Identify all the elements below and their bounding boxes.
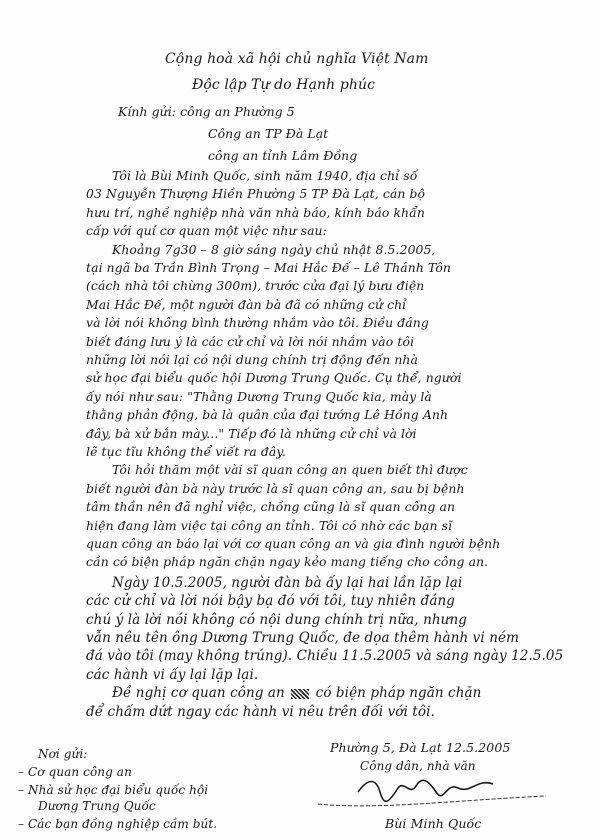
body-line: Tôi là Bùi Minh Quốc, sinh năm 1940, địa… [112, 170, 417, 182]
cc-label: Nơi gửi: [38, 748, 87, 760]
body-line: cấp với quí cơ quan một việc như sau: [86, 225, 327, 237]
cc-item: – Nhà sử học đại biểu quốc hội [18, 784, 208, 796]
recipient-line3: công an tỉnh Lâm Đồng [208, 150, 357, 162]
body-line: tại ngã ba Trần Bình Trọng – Mai Hắc Đế … [86, 262, 451, 274]
body-line: quan công an báo lại với cơ quan công an… [86, 538, 500, 550]
body-line: những lời nói lại có nội dung chính trị … [86, 354, 418, 366]
national-motto-line2: Độc lập Tự do Hạnh phúc [192, 78, 375, 92]
place-date: Phường 5, Đà Lạt 12.5.2005 [330, 742, 510, 755]
body-line: Khoảng 7g30 – 8 giờ sáng ngày chủ nhật 8… [112, 244, 436, 256]
cc-item: – Cơ quan công an [18, 766, 132, 778]
body-line: tâm thần nên đã nghỉ việc, chồng cũng là… [86, 501, 455, 513]
body-line: đây, bà xử bắn mày..." Tiếp đó là những … [86, 428, 417, 440]
strikethrough-mark [291, 689, 309, 699]
cc-item: – Các bạn đồng nghiệp cầm bút. [18, 818, 217, 830]
body-line-p4: đá vào tôi (may không trúng). Chiều 11.5… [86, 650, 563, 664]
request-text-before: Đề nghị cơ quan công an [112, 685, 285, 701]
request-line1: Đề nghị cơ quan công an có biện pháp ngă… [112, 687, 481, 701]
recipient-line2: Công an TP Đà Lạt [208, 128, 328, 140]
body-line-p4: chú ý là lời nói không có nội dung chính… [86, 614, 467, 628]
body-line: (cách nhà tôi chừng 300m), trước cửa đại… [86, 280, 424, 292]
body-line: hiện đang làm việc tại công an tỉnh. Tôi… [86, 520, 452, 532]
national-motto-line1: Cộng hoà xã hội chủ nghĩa Việt Nam [165, 52, 428, 66]
body-line-p4: Ngày 10.5.2005, người đàn bà ấy lại hai … [112, 577, 462, 591]
cc-item: Dương Trung Quốc [38, 800, 156, 812]
body-line: biết người đàn bà này trước là sĩ quan c… [86, 483, 465, 495]
body-line-p4: vẫn nêu tên ông Dương Trung Quốc, đe dọa… [86, 632, 519, 646]
body-line: lẽ tục tĩu không thể viết ra đây. [86, 446, 286, 458]
recipient-line1: Kính gửi: công an Phường 5 [118, 106, 295, 118]
body-line: biết đáng lưu ý là các cử chỉ và lời nói… [86, 336, 414, 348]
body-line: và lời nói không bình thường nhắm vào tô… [86, 317, 429, 329]
signer-name: Bùi Minh Quốc [385, 818, 481, 831]
body-line: 03 Nguyễn Thượng Hiền Phường 5 TP Đà Lạt… [86, 188, 425, 200]
request-text-after: có biện pháp ngăn chặn [316, 685, 482, 701]
body-line: ấy nói như sau: "Thằng Dương Trung Quốc … [86, 391, 432, 403]
body-line: Tôi hỏi thăm một vài sĩ quan công an que… [112, 464, 468, 476]
body-line: sử học đại biểu quốc hội Dương Trung Quố… [86, 372, 462, 384]
body-line: thằng phản động, bà là quân của đại tướn… [86, 409, 448, 421]
handwritten-signature [318, 770, 548, 814]
request-line2: để chấm dứt ngay các hành vi nêu trên đố… [86, 706, 435, 720]
body-line: Mai Hắc Đế, một người đàn bà đã có những… [86, 299, 406, 311]
body-line-p4: các hành vi ấy lại lặp lại. [86, 669, 258, 683]
body-line: cần có biện pháp ngăn chặn ngay kẻo mang… [86, 556, 488, 568]
body-line-p4: các cử chỉ và lời nói bậy bạ đó với tôi,… [86, 595, 455, 609]
body-line: hưu trí, nghề nghiệp nhà văn nhà báo, kí… [86, 207, 425, 219]
